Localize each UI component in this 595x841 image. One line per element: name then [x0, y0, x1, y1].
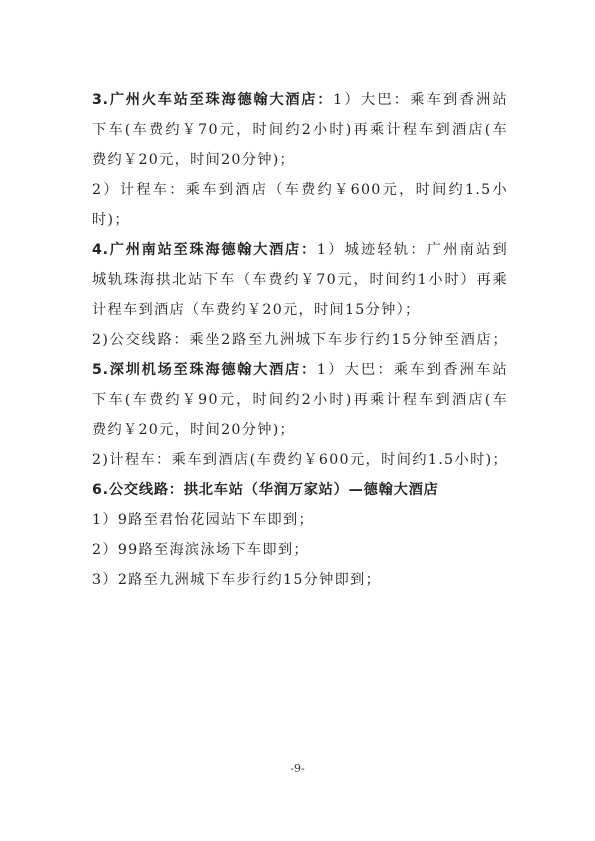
paragraph-text: 3）2路至九洲城下车步行约15分钟即到；: [92, 572, 381, 588]
paragraph-text: 下车(车费约￥90元，时间约2小时)再乘计程车到酒店(车: [92, 392, 508, 408]
text-line: 2)计程车：乘车到酒店(车费约￥600元，时间约1.5小时)；: [92, 445, 508, 475]
text-line: 费约￥20元，时间20分钟)；: [92, 145, 508, 175]
text-line: 下车(车费约￥90元，时间约2小时)再乘计程车到酒店(车: [92, 385, 508, 415]
list-item: 3）2路至九洲城下车步行约15分钟即到；: [92, 565, 508, 595]
text-line: 2)公交线路：乘坐2路至九洲城下车步行约15分钟至酒店；: [92, 325, 508, 355]
paragraph-text: 2）99路至海滨泳场下车即到；: [92, 542, 309, 558]
section-heading: 6.公交线路：拱北车站（华润万家站）—德翰大酒店: [92, 482, 439, 498]
text-line: 城轨珠海拱北站下车（车费约￥70元，时间约1小时）再乘: [92, 265, 508, 295]
list-item: 2）99路至海滨泳场下车即到；: [92, 535, 508, 565]
text-line: 时)；: [92, 205, 508, 235]
section-heading: 4.广州南站至珠海德翰大酒店：: [92, 242, 317, 258]
section-4-heading-line: 4.广州南站至珠海德翰大酒店：1）城迹轻轨：广州南站到: [92, 235, 508, 265]
paragraph-text: 1）9路至君怡花园站下车即到；: [92, 512, 314, 528]
section-3-heading-line: 3.广州火车站至珠海德翰大酒店：1）大巴：乘车到香洲站: [92, 85, 508, 115]
document-body: 3.广州火车站至珠海德翰大酒店：1）大巴：乘车到香洲站 下车(车费约￥70元，时…: [92, 85, 508, 595]
paragraph-text: 2)计程车：乘车到酒店(车费约￥600元，时间约1.5小时)；: [92, 452, 508, 468]
paragraph-text: 1）城迹轻轨：广州南站到: [317, 242, 508, 258]
paragraph-text: 计程车到酒店（车费约￥20元，时间15分钟）；: [92, 302, 420, 318]
paragraph-text: 时)；: [92, 212, 130, 228]
text-line: 费约￥20元，时间20分钟)；: [92, 415, 508, 445]
page-number: -9-: [0, 762, 595, 775]
paragraph-text: 2)公交线路：乘坐2路至九洲城下车步行约15分钟至酒店；: [92, 332, 508, 348]
text-line: 计程车到酒店（车费约￥20元，时间15分钟）；: [92, 295, 508, 325]
paragraph-text: 费约￥20元，时间20分钟)；: [92, 152, 295, 168]
paragraph-text: 城轨珠海拱北站下车（车费约￥70元，时间约1小时）再乘: [92, 272, 508, 288]
paragraph-text: 1）大巴：乘车到香洲车站: [317, 362, 508, 378]
section-6-heading-line: 6.公交线路：拱北车站（华润万家站）—德翰大酒店: [92, 475, 508, 505]
section-heading: 5.深圳机场至珠海德翰大酒店：: [92, 362, 317, 378]
paragraph-text: 下车(车费约￥70元，时间约2小时)再乘计程车到酒店(车: [92, 122, 508, 138]
text-line: 下车(车费约￥70元，时间约2小时)再乘计程车到酒店(车: [92, 115, 508, 145]
text-line: 2）计程车：乘车到酒店（车费约￥600元，时间约1.5小: [92, 175, 508, 205]
section-5-heading-line: 5.深圳机场至珠海德翰大酒店：1）大巴：乘车到香洲车站: [92, 355, 508, 385]
paragraph-text: 1）大巴：乘车到香洲站: [333, 92, 508, 108]
paragraph-text: 费约￥20元，时间20分钟)；: [92, 422, 295, 438]
list-item: 1）9路至君怡花园站下车即到；: [92, 505, 508, 535]
section-heading: 3.广州火车站至珠海德翰大酒店：: [92, 92, 333, 108]
paragraph-text: 2）计程车：乘车到酒店（车费约￥600元，时间约1.5小: [92, 182, 508, 198]
